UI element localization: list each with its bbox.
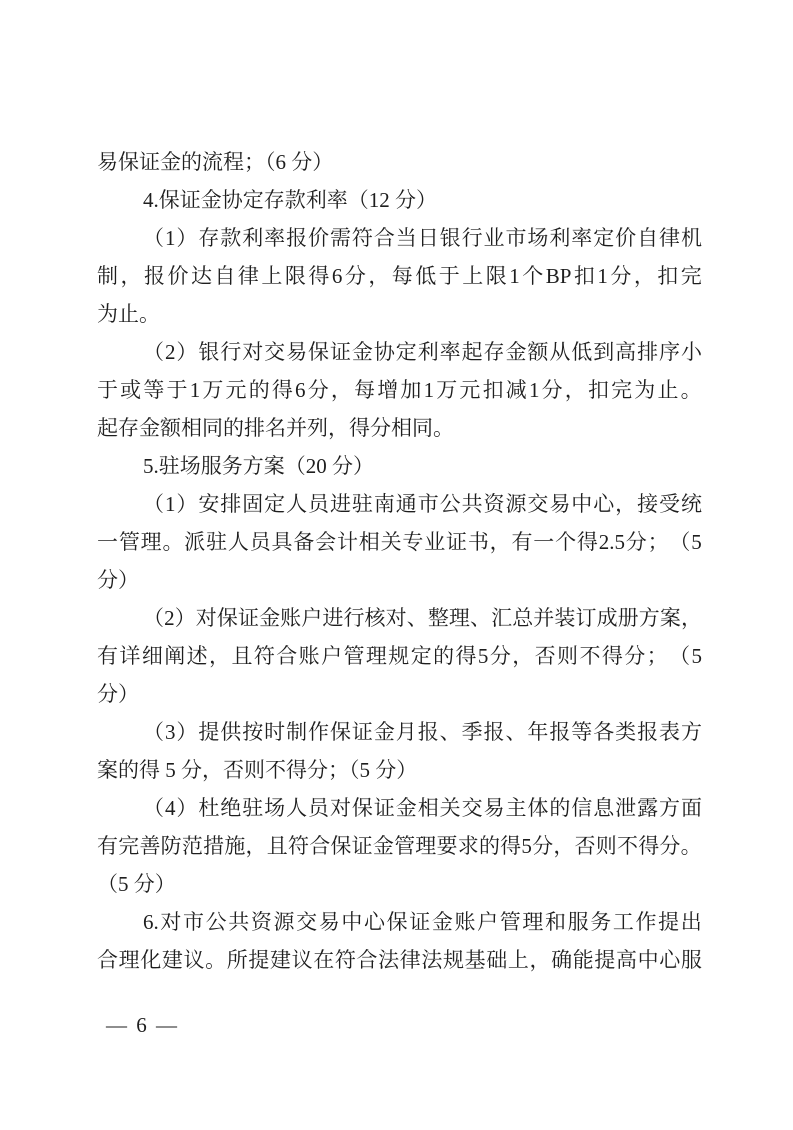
text-token: 限 — [486, 257, 507, 295]
text-token: 制 — [97, 257, 118, 295]
text-token: 南 — [374, 485, 395, 523]
text-token: ， — [246, 827, 267, 865]
text-line: 分） — [97, 561, 702, 599]
text-token: ） — [176, 333, 197, 371]
text-token: 日 — [418, 219, 439, 257]
text-token: 排 — [220, 485, 241, 523]
text-token: 提 — [658, 903, 679, 941]
text-token: 定 — [264, 485, 285, 523]
text-token: 进 — [330, 485, 351, 523]
text-token: 理 — [366, 637, 387, 675]
text-token: 定 — [593, 219, 614, 257]
text-token: 6 — [332, 257, 343, 295]
text-token: 露 — [637, 789, 658, 827]
text-token: 否 — [575, 827, 596, 865]
text-token: 公 — [440, 485, 461, 523]
text-token: 止 — [657, 371, 678, 409]
text-token: 专 — [402, 523, 423, 561]
text-token: 派 — [184, 523, 205, 561]
text-token: 5 — [691, 637, 702, 675]
text-token: 行 — [220, 333, 241, 371]
text-token: 限 — [285, 257, 306, 295]
text-token: 5 — [478, 637, 489, 675]
text-token: 工 — [613, 903, 634, 941]
text-token: 息 — [593, 789, 614, 827]
text-token: 户 — [477, 903, 498, 941]
text-token: 时 — [264, 713, 285, 751]
text-line: 5.驻场服务方案（20 分） — [97, 447, 702, 485]
text-token: ， — [368, 257, 389, 295]
text-token: 协 — [374, 333, 395, 371]
text-token: 会 — [315, 523, 336, 561]
text-token: 且 — [231, 637, 252, 675]
text-token: 定 — [411, 637, 432, 675]
text-token: 金 — [259, 599, 280, 637]
text-token: 绝 — [220, 789, 241, 827]
text-token: 1 — [529, 371, 540, 409]
text-token: 分 — [542, 371, 563, 409]
text-token: 服 — [681, 941, 702, 979]
text-token: 础 — [486, 941, 507, 979]
text-token: 员 — [250, 523, 271, 561]
text-token: 具 — [272, 523, 293, 561]
text-token: 6. — [143, 903, 159, 941]
text-token: 对 — [196, 599, 217, 637]
text-line: 易保证金的流程；（6 分） — [97, 143, 702, 181]
text-token: ； — [648, 523, 669, 561]
text-token: ， — [615, 485, 636, 523]
text-line: （2）银行对交易保证金协定利率起存金额从低到高排序小 — [97, 333, 702, 371]
text-token: 按 — [242, 713, 263, 751]
text-token: 受 — [659, 485, 680, 523]
text-token: 机 — [681, 219, 702, 257]
text-token: 面 — [681, 789, 702, 827]
text-line: （3）提供按时制作保证金月报、季报、年报等各类报表方 — [97, 713, 702, 751]
text-token: 价 — [308, 219, 329, 257]
text-token: 各 — [593, 713, 614, 751]
text-token: 符 — [254, 637, 275, 675]
text-token: 理 — [119, 941, 140, 979]
text-token: 证 — [330, 333, 351, 371]
text-token: 账 — [280, 599, 301, 637]
text-token: 中 — [571, 485, 592, 523]
text-token: 行 — [462, 219, 483, 257]
text-token: 阐 — [164, 637, 185, 675]
text-token: 于 — [439, 257, 460, 295]
text-token: 建 — [162, 941, 183, 979]
text-token: 理 — [522, 903, 543, 941]
text-token: 措 — [203, 827, 224, 865]
text-token: 或 — [120, 371, 141, 409]
text-token: 作 — [308, 713, 329, 751]
text-token: 1 — [424, 371, 435, 409]
text-token: 分 — [659, 827, 680, 865]
text-token: 要 — [437, 827, 458, 865]
text-token: 法 — [421, 941, 442, 979]
text-token: 关 — [381, 523, 402, 561]
text-token: 扣 — [588, 371, 609, 409]
text-line: 4.保证金协定存款利率（12 分） — [97, 181, 702, 219]
text-token: 价 — [615, 219, 636, 257]
text-token: 有 — [97, 827, 118, 865]
text-token: 金 — [352, 333, 373, 371]
text-token: 保 — [330, 827, 351, 865]
text-token: 合 — [97, 941, 118, 979]
text-token: 于 — [167, 371, 188, 409]
text-token: 提 — [198, 713, 219, 751]
text-token: 则 — [557, 637, 578, 675]
text-token: 每 — [354, 371, 375, 409]
text-token: 率 — [440, 333, 461, 371]
text-token: 一 — [533, 523, 554, 561]
text-token: 在 — [313, 941, 334, 979]
text-token: 书 — [468, 523, 489, 561]
text-token: 装 — [554, 599, 575, 637]
text-token: 易 — [319, 903, 340, 941]
text-token: 员 — [308, 485, 329, 523]
text-token: 报 — [484, 713, 505, 751]
text-line: 为止。 — [97, 295, 702, 333]
text-line: （1）存款利率报价需符合当日银行业市场利率定价自律机 — [97, 219, 702, 257]
text-line: 案的得 5 分，否则不得分；（5 分） — [97, 751, 702, 789]
text-token: 等 — [143, 371, 164, 409]
text-token: 排 — [637, 333, 658, 371]
text-token: 求 — [458, 827, 479, 865]
text-token: 律 — [238, 257, 259, 295]
text-token: 1 — [509, 257, 520, 295]
text-token: 。 — [681, 827, 702, 865]
text-token: 理 — [449, 599, 470, 637]
text-token: 基 — [465, 941, 486, 979]
text-token: 律 — [400, 941, 421, 979]
text-token: 资 — [484, 485, 505, 523]
text-token: ， — [120, 257, 141, 295]
text-token: 2 — [164, 599, 175, 637]
text-token: 制 — [286, 713, 307, 751]
text-token: 施 — [224, 827, 245, 865]
text-token: （ — [143, 789, 164, 827]
text-token: 且 — [267, 827, 288, 865]
text-token: 公 — [206, 903, 227, 941]
text-token: 的 — [549, 789, 570, 827]
text-token: 定 — [396, 333, 417, 371]
text-token: 场 — [527, 219, 548, 257]
text-token: 人 — [286, 485, 307, 523]
text-token: ， — [634, 257, 655, 295]
text-token: 得 — [272, 371, 293, 409]
text-token: 报 — [637, 713, 658, 751]
text-token: 否 — [535, 637, 556, 675]
text-token: 细 — [142, 637, 163, 675]
text-token: 达 — [191, 257, 212, 295]
text-token: 4 — [165, 789, 176, 827]
text-token: 合 — [309, 827, 330, 865]
text-token: 金 — [374, 713, 395, 751]
text-token: 金 — [505, 333, 526, 371]
text-token: 对 — [330, 789, 351, 827]
text-token: ， — [512, 637, 533, 675]
text-token: 分 — [308, 371, 329, 409]
text-token: ， — [565, 371, 586, 409]
text-token: 行 — [343, 599, 364, 637]
text-token: 管 — [500, 903, 521, 941]
text-line: 合理化建议。所提建议在符合法律法规基础上，确能提高中心服 — [97, 941, 702, 979]
text-token: 报 — [286, 219, 307, 257]
text-token: 证 — [409, 903, 430, 941]
text-token: 得 — [308, 257, 329, 295]
text-token: 交 — [264, 333, 285, 371]
text-token: 保 — [352, 789, 373, 827]
text-token: 合 — [374, 219, 395, 257]
text-token: 订 — [575, 599, 596, 637]
text-token: 有 — [97, 637, 118, 675]
text-token: 证 — [352, 827, 373, 865]
text-token: 计 — [337, 523, 358, 561]
text-token: （ — [143, 713, 164, 751]
text-token: 规 — [388, 637, 409, 675]
text-token: 提 — [248, 941, 269, 979]
text-token: 人 — [228, 523, 249, 561]
text-token: 加 — [400, 371, 421, 409]
text-token: 序 — [659, 333, 680, 371]
text-token: ， — [331, 371, 352, 409]
text-token: 户 — [321, 637, 342, 675]
text-token: 6 — [295, 371, 306, 409]
text-token: 册 — [618, 599, 639, 637]
text-token: 完 — [118, 827, 139, 865]
text-token: 理 — [415, 827, 436, 865]
text-token: 源 — [274, 903, 295, 941]
text-token: 供 — [220, 713, 241, 751]
text-token: 扣 — [483, 371, 504, 409]
text-token: 分 — [626, 523, 647, 561]
text-token: 分 — [610, 257, 631, 295]
text-token: 万 — [436, 371, 457, 409]
text-token: ， — [490, 523, 511, 561]
text-token: 的 — [249, 371, 270, 409]
text-token: 从 — [549, 333, 570, 371]
text-token: 银 — [198, 333, 219, 371]
text-token: 账 — [299, 637, 320, 675]
text-token: 报 — [144, 257, 165, 295]
text-token: 分 — [345, 257, 366, 295]
text-token: 总 — [512, 599, 533, 637]
text-token: （ — [669, 523, 690, 561]
text-token: 证 — [446, 523, 467, 561]
text-token: 户 — [301, 599, 322, 637]
text-token: 扣 — [657, 257, 678, 295]
text-token: （ — [669, 637, 690, 675]
text-token: （ — [143, 485, 164, 523]
text-token: 增 — [377, 371, 398, 409]
text-token: 主 — [505, 789, 526, 827]
text-line: （4）杜绝驻场人员对保证金相关交易主体的信息泄露方面 — [97, 789, 702, 827]
text-token: 利 — [549, 219, 570, 257]
text-token: 案 — [660, 599, 681, 637]
text-token: 提 — [594, 941, 615, 979]
text-token: 关 — [440, 789, 461, 827]
text-token: 1 — [165, 485, 176, 523]
text-token: 规 — [443, 941, 464, 979]
text-token: 低 — [415, 257, 436, 295]
text-token: 交 — [527, 485, 548, 523]
text-token: 得 — [638, 827, 659, 865]
text-token: 得 — [500, 827, 521, 865]
text-token: ； — [647, 637, 668, 675]
text-token: 能 — [573, 941, 594, 979]
text-token: （ — [143, 219, 164, 257]
text-line: 一管理。派驻人员具备会计相关专业证书，有一个得2.5分；（5 — [97, 523, 702, 561]
text-token: 低 — [571, 333, 592, 371]
text-token: 驻 — [242, 789, 263, 827]
text-token: 则 — [596, 827, 617, 865]
text-line: 起存金额相同的排名并列，得分相同。 — [97, 409, 702, 447]
text-line: 6.对市公共资源交易中心保证金账户管理和服务工作提出 — [97, 903, 702, 941]
text-token: 小 — [681, 333, 702, 371]
text-line: （5 分） — [97, 865, 702, 903]
text-token: 完 — [611, 371, 632, 409]
text-token: 季 — [462, 713, 483, 751]
text-token: 金 — [432, 903, 453, 941]
text-token: 。 — [205, 941, 226, 979]
text-token: 业 — [484, 219, 505, 257]
text-token: 法 — [378, 941, 399, 979]
text-token: 保 — [308, 333, 329, 371]
text-token: 存 — [198, 219, 219, 257]
page-number: — 6 — — [106, 1006, 179, 1044]
text-line: 制，报价达自律上限得6分，每低于上限1个BP扣1分，扣完 — [97, 257, 702, 295]
text-token: 易 — [286, 333, 307, 371]
text-token: 银 — [440, 219, 461, 257]
text-token: 统 — [681, 485, 702, 523]
text-token: 符 — [288, 827, 309, 865]
text-token: 信 — [571, 789, 592, 827]
text-token: 核 — [365, 599, 386, 637]
text-token: 管 — [394, 827, 415, 865]
text-token: 完 — [681, 257, 702, 295]
text-token: 。 — [681, 371, 702, 409]
text-token: 到 — [593, 333, 614, 371]
text-token: 减 — [506, 371, 527, 409]
text-token: 不 — [579, 637, 600, 675]
text-token: 5 — [521, 827, 532, 865]
text-token: 。 — [162, 523, 183, 561]
text-token: 对 — [242, 333, 263, 371]
text-token: 管 — [343, 637, 364, 675]
text-token: 合 — [276, 637, 297, 675]
text-token: 类 — [615, 713, 636, 751]
text-token: 通 — [396, 485, 417, 523]
text-token: 共 — [462, 485, 483, 523]
text-token: 率 — [571, 219, 592, 257]
text-token: 安 — [198, 485, 219, 523]
text-token: 律 — [659, 219, 680, 257]
text-token: 保 — [217, 599, 238, 637]
text-token: 心 — [593, 485, 614, 523]
text-token: 交 — [462, 789, 483, 827]
text-token: 证 — [352, 713, 373, 751]
text-token: ， — [530, 941, 551, 979]
text-line: 有完善防范措施，且符合保证金管理要求的得5分，否则不得分。 — [97, 827, 702, 865]
text-token: 有 — [511, 523, 532, 561]
text-token: 相 — [418, 789, 439, 827]
text-token: 易 — [484, 789, 505, 827]
text-line: 有详细阐述，且符合账户管理规定的得5分，否则不得分；（5 — [97, 637, 702, 675]
text-token: 款 — [220, 219, 241, 257]
text-token: 、 — [440, 713, 461, 751]
text-token: 相 — [359, 523, 380, 561]
text-token: 固 — [242, 485, 263, 523]
text-token: 确 — [551, 941, 572, 979]
text-token: 善 — [139, 827, 160, 865]
text-token: 管 — [119, 523, 140, 561]
text-token: 报 — [418, 713, 439, 751]
text-token: 务 — [590, 903, 611, 941]
text-token: 扣 — [574, 257, 595, 295]
text-token: 整 — [428, 599, 449, 637]
text-token: 价 — [167, 257, 188, 295]
text-token: 金 — [373, 827, 394, 865]
text-token: 符 — [335, 941, 356, 979]
text-token: 的 — [479, 827, 500, 865]
text-token: 并 — [533, 599, 554, 637]
text-token: 自 — [214, 257, 235, 295]
text-token: 方 — [659, 789, 680, 827]
text-token: 理 — [141, 523, 162, 561]
text-token: 一 — [97, 523, 118, 561]
text-token: 议 — [184, 941, 205, 979]
text-token: 1 — [165, 219, 176, 257]
text-token: 体 — [527, 789, 548, 827]
text-token: 中 — [341, 903, 362, 941]
text-token: 需 — [330, 219, 351, 257]
text-token: 为 — [634, 371, 655, 409]
text-token: 分 — [624, 637, 645, 675]
text-token: 证 — [238, 599, 259, 637]
text-token: 元 — [459, 371, 480, 409]
text-token: 市 — [505, 219, 526, 257]
text-token: 市 — [183, 903, 204, 941]
text-token: ， — [553, 827, 574, 865]
text-token: 、 — [470, 599, 491, 637]
text-token: 驻 — [352, 485, 373, 523]
text-token: 不 — [617, 827, 638, 865]
text-token: 方 — [681, 713, 702, 751]
text-token: 上 — [462, 257, 483, 295]
text-token: 起 — [462, 333, 483, 371]
text-token: 高 — [615, 333, 636, 371]
text-token: 元 — [226, 371, 247, 409]
text-token: 2 — [165, 333, 176, 371]
text-line: 分） — [97, 675, 702, 713]
text-token: 共 — [228, 903, 249, 941]
text-token: 存 — [484, 333, 505, 371]
text-token: 的 — [433, 637, 454, 675]
text-token: 述 — [187, 637, 208, 675]
text-token: ） — [175, 599, 196, 637]
text-token: 金 — [396, 789, 417, 827]
text-token: 进 — [322, 599, 343, 637]
text-token: 场 — [264, 789, 285, 827]
text-token: 于 — [97, 371, 118, 409]
text-token: 保 — [387, 903, 408, 941]
text-token: 、 — [505, 713, 526, 751]
text-token: ， — [209, 637, 230, 675]
text-token: 1 — [597, 257, 608, 295]
text-token: 交 — [296, 903, 317, 941]
text-token: 利 — [242, 219, 263, 257]
text-token: （ — [143, 599, 164, 637]
